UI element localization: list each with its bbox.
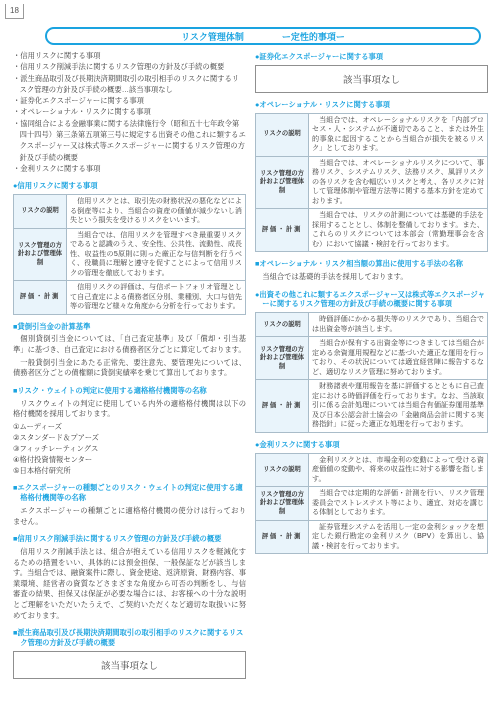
page-header: リスク管理体制 ー定性的事項ー [45,27,481,45]
row-body: 証券管理システムを活用し一定の金利ショックを想定した銀行勘定の金利リスク（BPV… [309,520,488,554]
toc-item: ・協同組合による金融事業に関する法律施行令（昭和五十七年政令第四十四号）第三条第… [13,118,246,163]
operational-risk-table: リスクの説明 当組合では、オペレーショナルリスクを「内部プロセス・人・システムが… [255,113,488,253]
header-title: リスク管理体制 [181,30,244,43]
row-label: リスク管理の方針および管理体制 [14,228,67,281]
section-interest-risk: ●金利リスクに関する事項 リスクの説明 金利リスクとは、市場金利の変動によって受… [255,440,488,554]
not-applicable-box: 該当事項なし [255,65,488,93]
row-label: リスク管理の方針および管理体制 [256,487,309,521]
not-applicable-box: 該当事項なし [13,651,246,679]
table-row: 評価・計測 信用リスクの評価は、与信ポートフォリオ管理として自己査定による債務者… [14,281,246,315]
section-operational-risk: ●オペレーショナル・リスクに関する事項 リスクの説明 当組合では、オペレーショナ… [255,100,488,252]
header-subtitle: ー定性的事項ー [282,30,345,43]
paragraph: リスクウェイトの判定に使用している内外の適格格付機関は以下の格付機関を採用してお… [13,399,246,420]
toc-item: ・派生商品取引及び長期決済期間取引の取引相手のリスクに関するリスク管理の方針及び… [13,73,246,96]
toc-item: ・証券化エクスポージャーに関する事項 [13,95,246,106]
toc-list: ・信用リスクに関する事項 ・信用リスク削減手法に関するリスク管理の方針及び手続の… [13,50,246,174]
row-label: リスクの説明 [256,313,309,337]
paragraph: 当組合では基礎的手法を採用しております。 [255,272,488,283]
row-label: 評価・計測 [14,281,67,315]
content-columns: ・信用リスクに関する事項 ・信用リスク削減手法に関するリスク管理の方針及び手続の… [13,50,488,686]
row-body: 財務諸表や運用報告を基に評価するとともに自己査定における時価評価を行っております… [309,380,488,433]
table-row: リスクの説明 信用リスクとは、取引先の財務状況の悪化などによる倒産等により、当組… [14,195,246,229]
row-body: 金利リスクとは、市場金利の変動によって受ける資産価値の変動や、将来の収益性に対す… [309,453,488,487]
section-securitization: ●証券化エクスポージャーに関する事項 該当事項なし [255,52,488,93]
row-label: 評価・計測 [256,380,309,433]
paragraph: エクスポージャーの種類ごとに適格格付機関の使分けは行っておりません。 [13,506,246,527]
rating-agency-item: ⑤日本格付研究所 [13,466,246,477]
toc-item: ・信用リスクに関する事項 [13,50,246,61]
section-title: ●オペレーショナル・リスクに関する事項 [255,100,488,110]
row-body: 信用リスクの評価は、与信ポートフォリオ管理として自己査定による債務者区分別、業種… [67,281,246,315]
row-label: リスクの説明 [14,195,67,229]
section-title: ■貸倒引当金の計算基準 [13,322,246,332]
table-row: リスクの説明 時価評価にかかる損失等のリスクであり、当組合では出資金等が該当しま… [256,313,488,337]
rating-agency-item: ②スタンダード＆プアーズ [13,433,246,444]
section-title: ■信用リスク削減手法に関するリスク管理の方針及び手続の概要 [13,534,246,544]
section-title: ●証券化エクスポージャーに関する事項 [255,52,488,62]
rating-agency-item: ①ムーディーズ [13,422,246,433]
section-title: ■エクスポージャーの種類ごとのリスク・ウェイトの判定に使用する適格格付機関等の名… [13,483,246,503]
row-label: リスク管理の方針および管理体制 [256,156,309,209]
section-credit-risk: ●信用リスクに関する事項 リスクの説明 信用リスクとは、取引先の財務状況の悪化な… [13,181,246,314]
toc-item: ・信用リスク削減手法に関するリスク管理の方針及び手続の概要 [13,61,246,72]
table-row: リスクの説明 当組合では、オペレーショナルリスクを「内部プロセス・人・システムが… [256,113,488,156]
table-row: 評価・計測 財務諸表や運用報告を基に評価するとともに自己査定における時価評価を行… [256,380,488,433]
toc-item: ・金利リスクに関する事項 [13,163,246,174]
paragraph: 信用リスク削減手法とは、組合が抱えている信用リスクを軽減化するための措置をいい、… [13,547,246,621]
left-column: ・信用リスクに関する事項 ・信用リスク削減手法に関するリスク管理の方針及び手続の… [13,50,246,686]
section-operational-method: ■オペレーショナル・リスク相当額の算出に使用する手法の名称 当組合では基礎的手法… [255,259,488,282]
equity-exposure-table: リスクの説明 時価評価にかかる損失等のリスクであり、当組合では出資金等が該当しま… [255,312,488,433]
row-label: リスク管理の方針および管理体制 [256,337,309,380]
toc-item: ・オペレーショナル・リスクに関する事項 [13,106,246,117]
row-body: 当組合が保有する出資金等につきましては当組合が定める余資運用規程などに基づいた適… [309,337,488,380]
section-credit-mitigation: ■信用リスク削減手法に関するリスク管理の方針及び手続の概要 信用リスク削減手法と… [13,534,246,621]
row-body: 当組合では、オペレーショナルリスクについて、事務リスク、システムリスク、法務リス… [309,156,488,209]
table-row: 評価・計測 当組合では、リスクの計測については基礎的手法を採用することとし、体制… [256,209,488,252]
table-row: リスク管理の方針および管理体制 当組合では定期的な評価・計測を行い、リスク管理委… [256,487,488,521]
row-label: リスクの説明 [256,453,309,487]
row-body: 時価評価にかかる損失等のリスクであり、当組合では出資金等が該当します。 [309,313,488,337]
section-title: ●出資その他これに類するエクスポージャー又は株式等エクスポージャーに関するリスク… [255,290,488,310]
section-title: ●信用リスクに関する事項 [13,181,246,191]
paragraph: 個別貸倒引当金については、「自己査定基準」及び「償却・引当基準」に基づき、自己査… [13,334,246,355]
table-row: 評価・計測 証券管理システムを活用し一定の金利ショックを想定した銀行勘定の金利リ… [256,520,488,554]
row-body: 信用リスクとは、取引先の財務状況の悪化などによる倒産等により、当組合の資産の価値… [67,195,246,229]
section-equity-exposure: ●出資その他これに類するエクスポージャー又は株式等エクスポージャーに関するリスク… [255,290,488,433]
section-title: ■オペレーショナル・リスク相当額の算出に使用する手法の名称 [255,259,488,269]
row-body: 当組合では、信用リスクを管理すべき最重要リスクであると認識のうえ、安全性、公共性… [67,228,246,281]
table-row: リスク管理の方針および管理体制 当組合が保有する出資金等につきましては当組合が定… [256,337,488,380]
section-rating-agencies: ■リスク・ウェイトの判定に使用する適格格付機関等の名称 リスクウェイトの判定に使… [13,386,246,477]
row-label: 評価・計測 [256,520,309,554]
document-page: 18 リスク管理体制 ー定性的事項ー ・信用リスクに関する事項 ・信用リスク削減… [0,0,500,707]
rating-agency-item: ④格付投資情報センター [13,455,246,466]
section-title: ■リスク・ウェイトの判定に使用する適格格付機関等の名称 [13,386,246,396]
table-row: リスク管理の方針および管理体制 当組合では、信用リスクを管理すべき最重要リスクで… [14,228,246,281]
section-exposure-types: ■エクスポージャーの種類ごとのリスク・ウェイトの判定に使用する適格格付機関等の名… [13,483,246,527]
row-body: 当組合では、オペレーショナルリスクを「内部プロセス・人・システムが不適切であるこ… [309,113,488,156]
page-number: 18 [5,4,24,19]
table-row: リスク管理の方針および管理体制 当組合では、オペレーショナルリスクについて、事務… [256,156,488,209]
credit-risk-table: リスクの説明 信用リスクとは、取引先の財務状況の悪化などによる倒産等により、当組… [13,194,246,315]
rating-agency-item: ③フィッチレーティングス [13,444,246,455]
section-title: ■派生商品取引及び長期決済期間取引の取引相手のリスクに関するリスク管理の方針及び… [13,628,246,648]
row-body: 当組合では定期的な評価・計測を行い、リスク管理委員会でストレステスト等により、適… [309,487,488,521]
paragraph: 一般貸倒引当金にあたる正常先、要注意先、要管理先については、債務者区分ごとの債権… [13,358,246,379]
row-label: リスクの説明 [256,113,309,156]
section-derivatives: ■派生商品取引及び長期決済期間取引の取引相手のリスクに関するリスク管理の方針及び… [13,628,246,679]
row-body: 当組合では、リスクの計測については基礎的手法を採用することとし、体制を整備してお… [309,209,488,252]
table-row: リスクの説明 金利リスクとは、市場金利の変動によって受ける資産価値の変動や、将来… [256,453,488,487]
section-allowance: ■貸倒引当金の計算基準 個別貸倒引当金については、「自己査定基準」及び「償却・引… [13,322,246,379]
section-title: ●金利リスクに関する事項 [255,440,488,450]
right-column: ●証券化エクスポージャーに関する事項 該当事項なし ●オペレーショナル・リスクに… [255,50,488,686]
row-label: 評価・計測 [256,209,309,252]
interest-risk-table: リスクの説明 金利リスクとは、市場金利の変動によって受ける資産価値の変動や、将来… [255,453,488,555]
